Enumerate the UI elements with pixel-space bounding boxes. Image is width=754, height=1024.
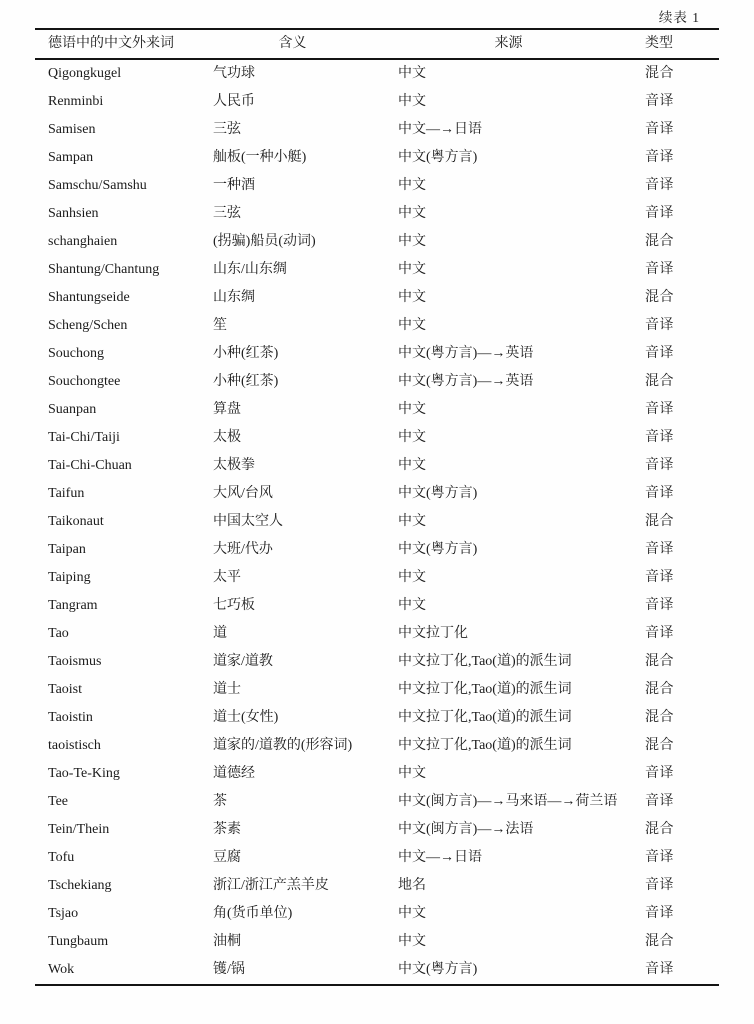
cell-type: 混合	[632, 508, 719, 536]
cell-meaning: 茶	[200, 788, 385, 816]
table-row: schanghaien(拐骗)船员(动词)中文混合	[35, 228, 719, 256]
cell-source: 中文	[385, 312, 632, 340]
cell-type: 音译	[632, 144, 719, 172]
cell-source: 中文	[385, 172, 632, 200]
table-row: Scheng/Schen笙中文音译	[35, 312, 719, 340]
cell-type: 音译	[632, 592, 719, 620]
cell-meaning: 山东绸	[200, 284, 385, 312]
cell-german-word: Sampan	[35, 144, 200, 172]
cell-meaning: 人民币	[200, 88, 385, 116]
cell-source: 中文(粤方言)—→英语	[385, 368, 632, 396]
cell-type: 音译	[632, 256, 719, 284]
cell-type: 混合	[632, 676, 719, 704]
cell-german-word: Souchongtee	[35, 368, 200, 396]
cell-source: 中文(闽方言)—→法语	[385, 816, 632, 844]
cell-german-word: Scheng/Schen	[35, 312, 200, 340]
cell-type: 音译	[632, 396, 719, 424]
cell-type: 混合	[632, 928, 719, 956]
cell-meaning: 笙	[200, 312, 385, 340]
cell-meaning: 角(货币单位)	[200, 900, 385, 928]
cell-german-word: Qigongkugel	[35, 59, 200, 88]
cell-source: 中文	[385, 592, 632, 620]
table-continuation-label: 续表 1	[659, 6, 700, 26]
cell-type: 音译	[632, 424, 719, 452]
cell-source: 中文—→日语	[385, 116, 632, 144]
cell-german-word: schanghaien	[35, 228, 200, 256]
cell-meaning: (拐骗)船员(动词)	[200, 228, 385, 256]
table-row: Taoistin道士(女性)中文拉丁化,Tao(道)的派生词混合	[35, 704, 719, 732]
cell-source: 中文拉丁化,Tao(道)的派生词	[385, 732, 632, 760]
cell-type: 音译	[632, 788, 719, 816]
cell-meaning: 茶素	[200, 816, 385, 844]
cell-german-word: Tao	[35, 620, 200, 648]
cell-type: 混合	[632, 816, 719, 844]
cell-meaning: 道	[200, 620, 385, 648]
cell-source: 中文拉丁化,Tao(道)的派生词	[385, 676, 632, 704]
cell-german-word: Tein/Thein	[35, 816, 200, 844]
cell-meaning: 油桐	[200, 928, 385, 956]
table-row: Sanhsien三弦中文音译	[35, 200, 719, 228]
table-row: Taikonaut中国太空人中文混合	[35, 508, 719, 536]
cell-type: 音译	[632, 88, 719, 116]
cell-type: 音译	[632, 564, 719, 592]
cell-type: 音译	[632, 116, 719, 144]
cell-german-word: Shantungseide	[35, 284, 200, 312]
cell-type: 混合	[632, 648, 719, 676]
table-row: Tangram七巧板中文音译	[35, 592, 719, 620]
cell-type: 混合	[632, 59, 719, 88]
cell-meaning: 一种酒	[200, 172, 385, 200]
cell-meaning: 镬/锅	[200, 956, 385, 985]
header-german-word: 德语中的中文外来词	[35, 29, 200, 59]
cell-meaning: 道家/道教	[200, 648, 385, 676]
table-row: Souchong小种(红茶)中文(粤方言)—→英语音译	[35, 340, 719, 368]
cell-meaning: 道士	[200, 676, 385, 704]
table-row: Shantung/Chantung山东/山东绸中文音译	[35, 256, 719, 284]
table-row: Tao道中文拉丁化音译	[35, 620, 719, 648]
cell-source: 中文	[385, 228, 632, 256]
cell-type: 混合	[632, 368, 719, 396]
cell-source: 中文	[385, 508, 632, 536]
cell-meaning: 三弦	[200, 200, 385, 228]
cell-type: 混合	[632, 284, 719, 312]
cell-type: 音译	[632, 200, 719, 228]
table-row: Souchongtee小种(红茶)中文(粤方言)—→英语混合	[35, 368, 719, 396]
cell-type: 音译	[632, 956, 719, 985]
table-row: Suanpan算盘中文音译	[35, 396, 719, 424]
table-row: Taiping太平中文音译	[35, 564, 719, 592]
cell-meaning: 道士(女性)	[200, 704, 385, 732]
cell-source: 中文	[385, 256, 632, 284]
table-row: Samschu/Samshu一种酒中文音译	[35, 172, 719, 200]
table-row: Taoismus道家/道教中文拉丁化,Tao(道)的派生词混合	[35, 648, 719, 676]
cell-source: 中文	[385, 452, 632, 480]
table-row: Tungbaum油桐中文混合	[35, 928, 719, 956]
cell-meaning: 太平	[200, 564, 385, 592]
cell-german-word: Taoismus	[35, 648, 200, 676]
table-row: Tai-Chi-Chuan太极拳中文音译	[35, 452, 719, 480]
cell-type: 音译	[632, 620, 719, 648]
cell-german-word: Taiping	[35, 564, 200, 592]
cell-source: 中文	[385, 200, 632, 228]
cell-source: 中文	[385, 59, 632, 88]
cell-meaning: 算盘	[200, 396, 385, 424]
cell-source: 中文	[385, 88, 632, 116]
cell-type: 音译	[632, 872, 719, 900]
cell-source: 中文拉丁化,Tao(道)的派生词	[385, 704, 632, 732]
cell-meaning: 山东/山东绸	[200, 256, 385, 284]
cell-meaning: 舢板(一种小艇)	[200, 144, 385, 172]
cell-meaning: 大班/代办	[200, 536, 385, 564]
table-row: Taoist道士中文拉丁化,Tao(道)的派生词混合	[35, 676, 719, 704]
cell-source: 中文(闽方言)—→马来语—→荷兰语	[385, 788, 632, 816]
cell-german-word: Samschu/Samshu	[35, 172, 200, 200]
cell-source: 中文(粤方言)—→英语	[385, 340, 632, 368]
cell-source: 中文	[385, 396, 632, 424]
cell-german-word: Taoistin	[35, 704, 200, 732]
table-row: Tsjao角(货币单位)中文音译	[35, 900, 719, 928]
cell-german-word: Taikonaut	[35, 508, 200, 536]
cell-type: 音译	[632, 844, 719, 872]
cell-german-word: Samisen	[35, 116, 200, 144]
cell-source: 中文拉丁化	[385, 620, 632, 648]
cell-german-word: Tangram	[35, 592, 200, 620]
cell-source: 中文(粤方言)	[385, 536, 632, 564]
table-header-row: 德语中的中文外来词 含义 来源 类型	[35, 29, 719, 59]
cell-type: 音译	[632, 760, 719, 788]
cell-type: 混合	[632, 732, 719, 760]
cell-meaning: 小种(红茶)	[200, 368, 385, 396]
cell-german-word: Tao-Te-King	[35, 760, 200, 788]
cell-meaning: 中国太空人	[200, 508, 385, 536]
cell-meaning: 太极拳	[200, 452, 385, 480]
table-row: Taipan大班/代办中文(粤方言)音译	[35, 536, 719, 564]
cell-german-word: Shantung/Chantung	[35, 256, 200, 284]
header-source: 来源	[385, 29, 632, 59]
cell-german-word: Wok	[35, 956, 200, 985]
cell-source: 中文	[385, 928, 632, 956]
cell-source: 中文拉丁化,Tao(道)的派生词	[385, 648, 632, 676]
cell-type: 音译	[632, 172, 719, 200]
cell-german-word: Tsjao	[35, 900, 200, 928]
cell-source: 地名	[385, 872, 632, 900]
table-row: Tai-Chi/Taiji太极中文音译	[35, 424, 719, 452]
cell-german-word: Taipan	[35, 536, 200, 564]
cell-german-word: Tai-Chi-Chuan	[35, 452, 200, 480]
cell-german-word: Tungbaum	[35, 928, 200, 956]
cell-meaning: 大风/台风	[200, 480, 385, 508]
cell-type: 混合	[632, 228, 719, 256]
document-page: 续表 1 德语中的中文外来词 含义 来源 类型 Qigongkugel气功球中文…	[0, 0, 754, 1024]
cell-source: 中文—→日语	[385, 844, 632, 872]
header-meaning: 含义	[200, 29, 385, 59]
cell-german-word: Tofu	[35, 844, 200, 872]
cell-source: 中文	[385, 284, 632, 312]
cell-source: 中文	[385, 424, 632, 452]
cell-meaning: 道家的/道教的(形容词)	[200, 732, 385, 760]
table-row: Tein/Thein茶素中文(闽方言)—→法语混合	[35, 816, 719, 844]
cell-type: 音译	[632, 900, 719, 928]
cell-type: 音译	[632, 536, 719, 564]
cell-german-word: Taifun	[35, 480, 200, 508]
cell-german-word: taoistisch	[35, 732, 200, 760]
cell-source: 中文	[385, 760, 632, 788]
table-row: Taifun大风/台风中文(粤方言)音译	[35, 480, 719, 508]
cell-german-word: Sanhsien	[35, 200, 200, 228]
cell-german-word: Tai-Chi/Taiji	[35, 424, 200, 452]
header-type: 类型	[632, 29, 719, 59]
cell-meaning: 太极	[200, 424, 385, 452]
table-row: Tofu豆腐中文—→日语音译	[35, 844, 719, 872]
cell-german-word: Taoist	[35, 676, 200, 704]
table-row: Sampan舢板(一种小艇)中文(粤方言)音译	[35, 144, 719, 172]
table-container: 德语中的中文外来词 含义 来源 类型 Qigongkugel气功球中文混合Ren…	[35, 28, 719, 986]
cell-type: 音译	[632, 452, 719, 480]
table-row: Qigongkugel气功球中文混合	[35, 59, 719, 88]
cell-type: 音译	[632, 480, 719, 508]
loanwords-table: 德语中的中文外来词 含义 来源 类型 Qigongkugel气功球中文混合Ren…	[35, 28, 719, 986]
cell-meaning: 七巧板	[200, 592, 385, 620]
table-row: Samisen三弦中文—→日语音译	[35, 116, 719, 144]
cell-german-word: Souchong	[35, 340, 200, 368]
table-row: Tschekiang浙江/浙江产羔羊皮地名音译	[35, 872, 719, 900]
cell-meaning: 小种(红茶)	[200, 340, 385, 368]
cell-type: 音译	[632, 340, 719, 368]
table-row: Wok镬/锅中文(粤方言)音译	[35, 956, 719, 985]
cell-meaning: 浙江/浙江产羔羊皮	[200, 872, 385, 900]
table-row: Tao-Te-King道德经中文音译	[35, 760, 719, 788]
cell-type: 混合	[632, 704, 719, 732]
cell-german-word: Suanpan	[35, 396, 200, 424]
cell-german-word: Renminbi	[35, 88, 200, 116]
table-row: Tee茶中文(闽方言)—→马来语—→荷兰语音译	[35, 788, 719, 816]
cell-source: 中文	[385, 564, 632, 592]
table-row: Renminbi人民币中文音译	[35, 88, 719, 116]
table-body: Qigongkugel气功球中文混合Renminbi人民币中文音译Samisen…	[35, 59, 719, 985]
cell-german-word: Tschekiang	[35, 872, 200, 900]
cell-meaning: 道德经	[200, 760, 385, 788]
cell-source: 中文(粤方言)	[385, 956, 632, 985]
cell-meaning: 三弦	[200, 116, 385, 144]
table-row: taoistisch道家的/道教的(形容词)中文拉丁化,Tao(道)的派生词混合	[35, 732, 719, 760]
cell-meaning: 气功球	[200, 59, 385, 88]
cell-source: 中文(粤方言)	[385, 480, 632, 508]
cell-meaning: 豆腐	[200, 844, 385, 872]
table-row: Shantungseide山东绸中文混合	[35, 284, 719, 312]
cell-source: 中文(粤方言)	[385, 144, 632, 172]
cell-german-word: Tee	[35, 788, 200, 816]
cell-type: 音译	[632, 312, 719, 340]
cell-source: 中文	[385, 900, 632, 928]
